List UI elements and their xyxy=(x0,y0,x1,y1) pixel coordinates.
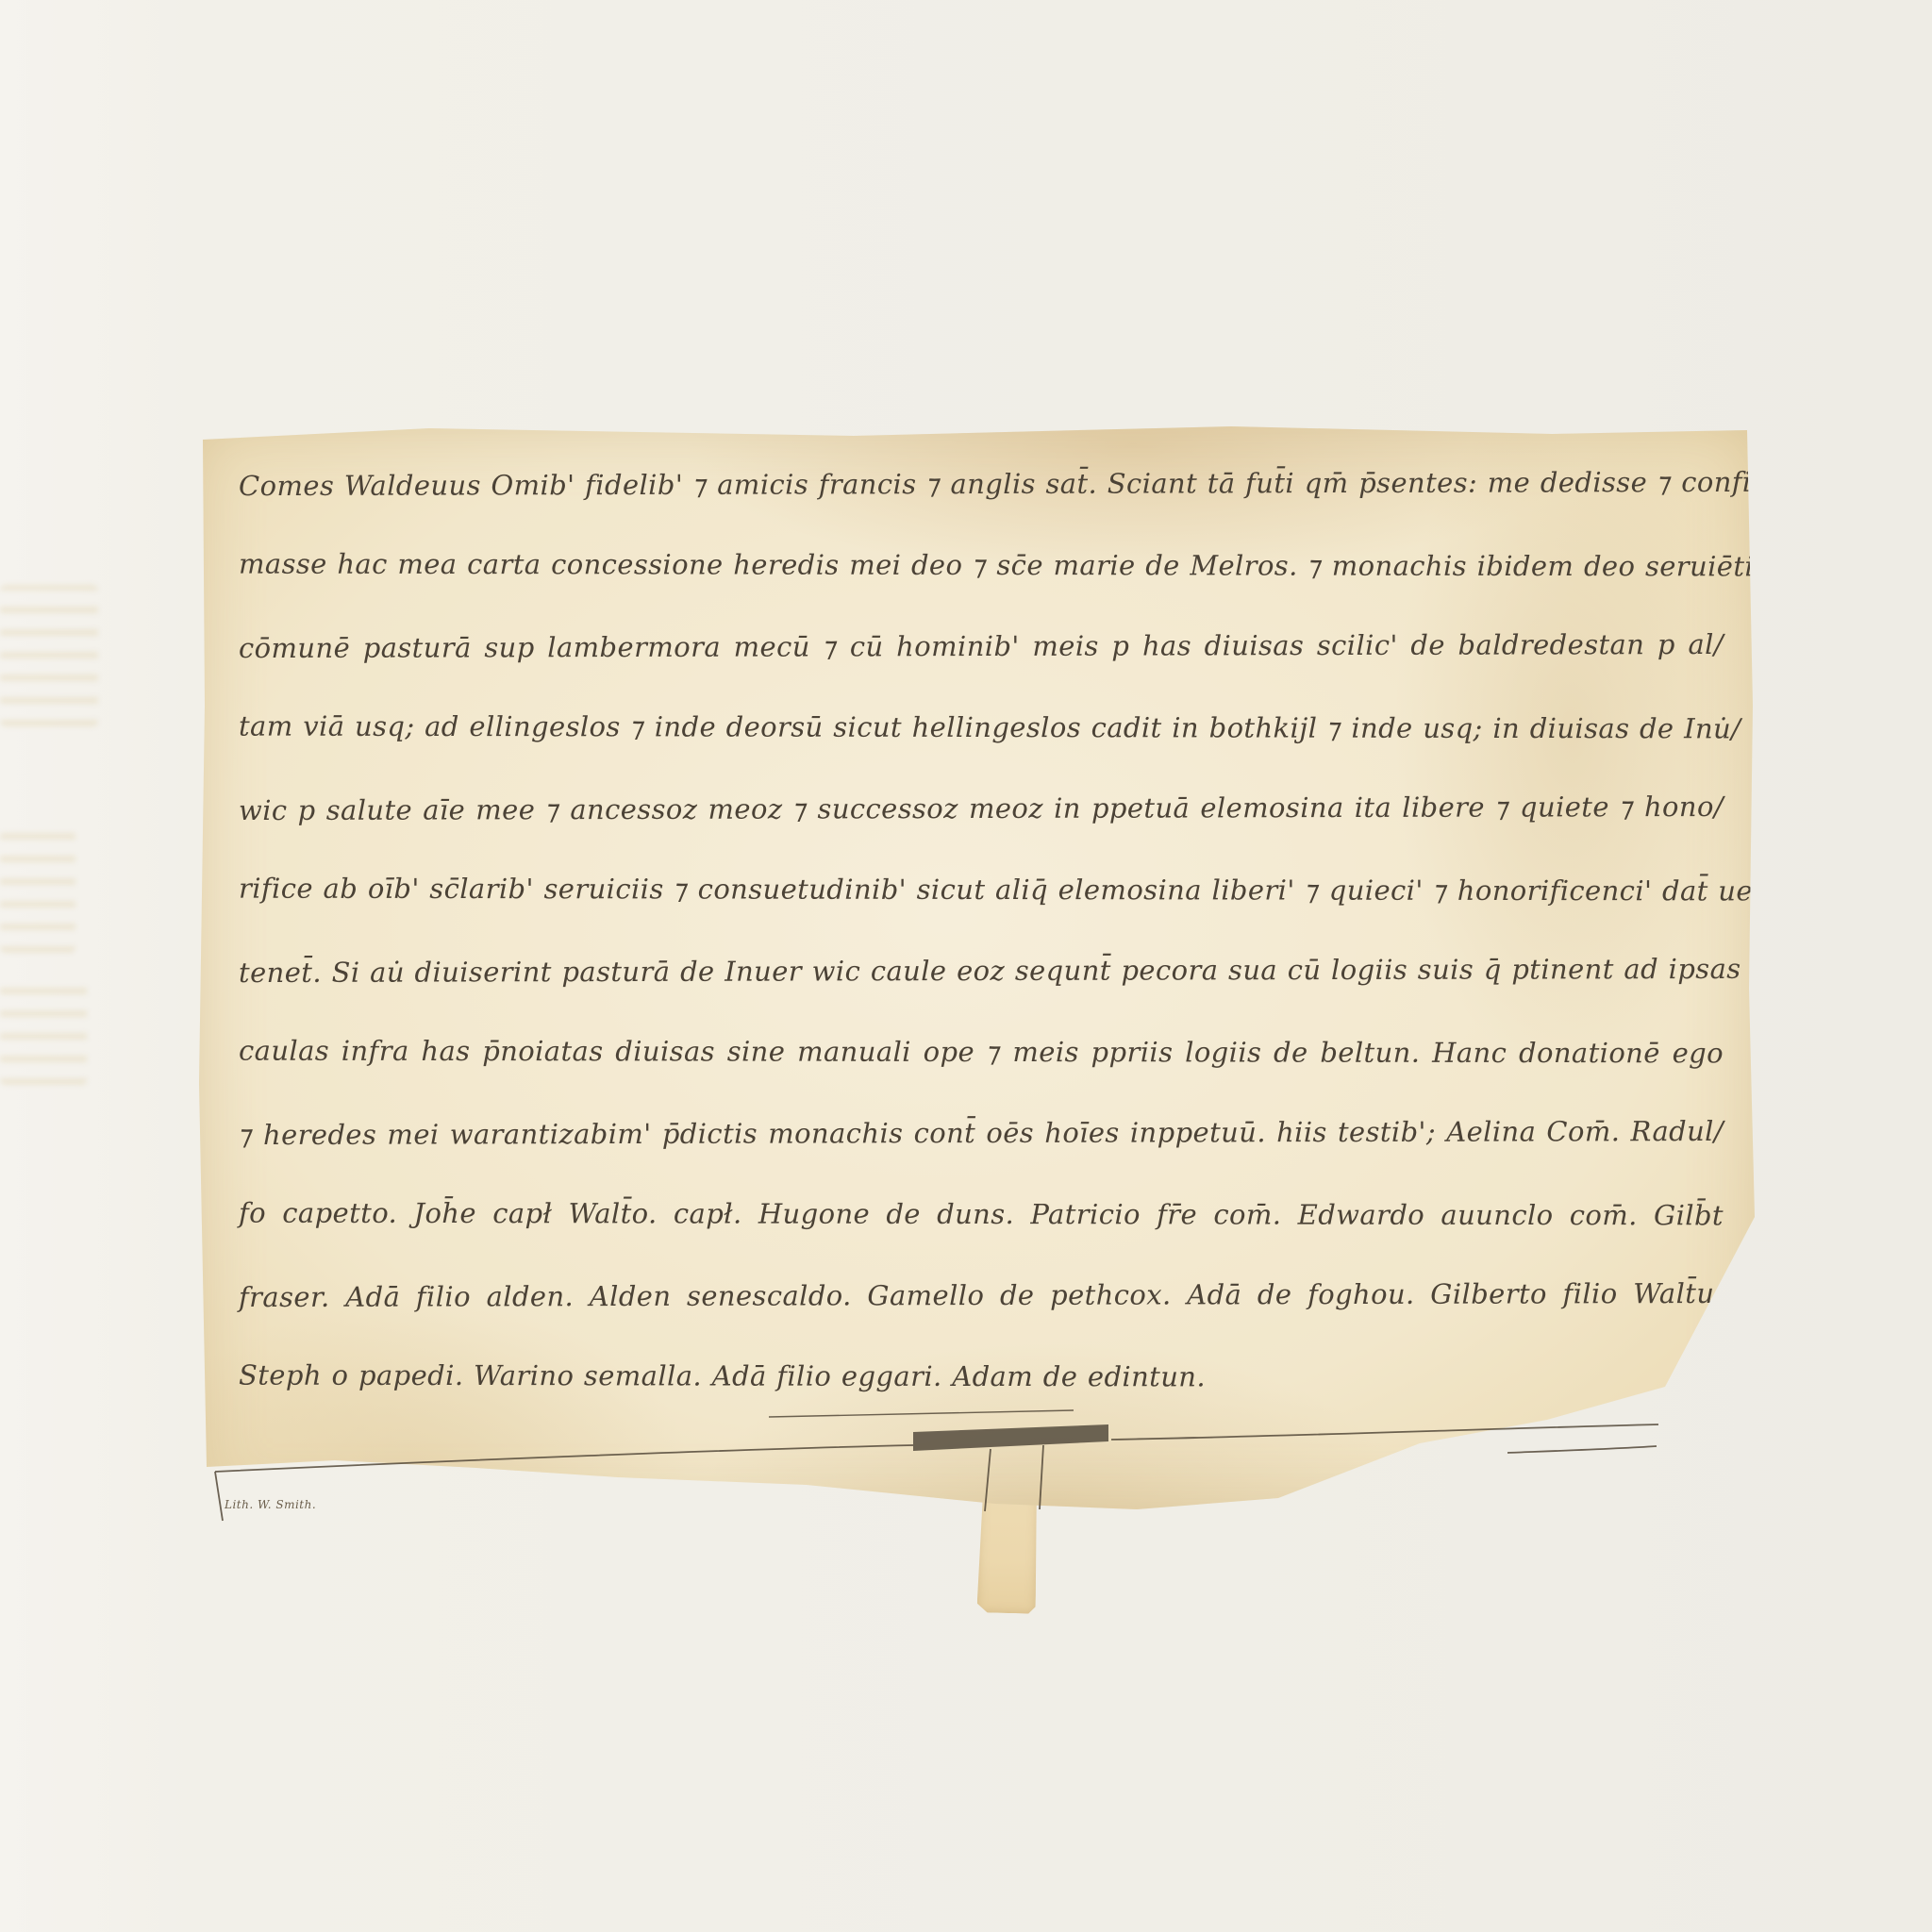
charter-text-line: fraser. Adā filio alden. Alden senescald… xyxy=(239,1253,1724,1338)
charter-text-line: ⁊ heredes mei warantizabim' p̄dictis mon… xyxy=(239,1091,1724,1175)
charter-text-line: masse hac mea carta concessione heredis … xyxy=(239,524,1724,608)
charter-text-line: caulas infra has p̄noiatas diuisas sine … xyxy=(239,1010,1724,1094)
charter-text-line: fo capetto. Joh̄e capł Walt̄o. capł. Hug… xyxy=(239,1173,1724,1257)
charter-text-line: Comes Waldeuus Omib' fidelib' ⁊ amicis f… xyxy=(239,441,1724,526)
charter-text-line: Steph o papedi. Warino semalla. Adā fili… xyxy=(239,1335,1724,1419)
charter-text-line: rifice ab oīb' sc̄larib' seruiciis ⁊ con… xyxy=(239,848,1724,932)
charter-parchment: Comes Waldeuus Omib' fidelib' ⁊ amicis f… xyxy=(193,423,1759,1517)
page-show-through xyxy=(0,972,87,1085)
charter-text-line: tenet̄. Si au̇ diuiserint pasturā de Inu… xyxy=(239,928,1724,1013)
lithographer-credit: Lith. W. Smith. xyxy=(225,1498,316,1511)
charter-text-line: cōmunē pasturā sup lambermora mecū ⁊ cū … xyxy=(239,604,1724,689)
charter-text-line: wic p salute aīe mee ⁊ ancessoz meoz ⁊ s… xyxy=(239,766,1724,851)
facsimile-page: Comes Waldeuus Omib' fidelib' ⁊ amicis f… xyxy=(0,0,1932,1932)
page-show-through xyxy=(0,585,98,726)
charter-text-block: Comes Waldeuus Omib' fidelib' ⁊ amicis f… xyxy=(239,443,1724,1417)
charter-text-line: tam viā usq; ad ellingeslos ⁊ inde deors… xyxy=(239,686,1724,770)
page-show-through xyxy=(0,830,75,953)
